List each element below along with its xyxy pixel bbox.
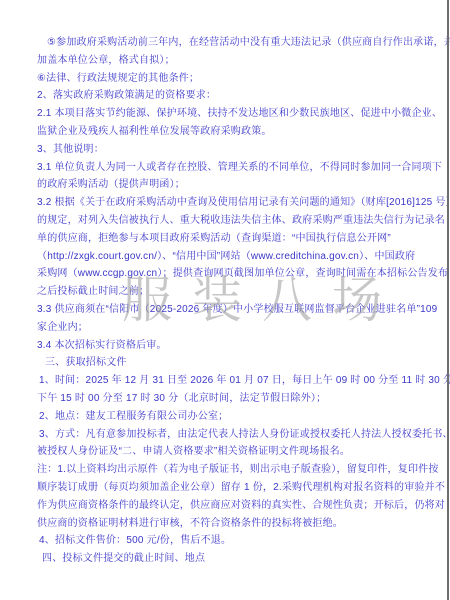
text-line: 被授权人身份证及“二、申请人资格要求”相关资格证明文件现场报名。 <box>37 443 420 461</box>
text-line: 单的供应商，拒绝参与本项目政府采购活动（查询渠道：“中国执行信息公开网” <box>37 230 420 248</box>
text-line: 3.3 供应商须在“信阳市（2025-2026 年度）中小学校服互联网监督平台企… <box>37 301 420 319</box>
text-line: 的规定，对列入失信被执行人、重大税收违法失信主体、政府采购严重违法失信行为记录名 <box>37 212 420 230</box>
text-line: 下午 15 时 00 分至 17 时 30 分（北京时间，法定节假日除外）； <box>37 390 420 408</box>
text-line: 家企业内； <box>37 319 420 337</box>
text-line: 之后投标截止时间之前； <box>37 283 420 301</box>
text-line: 2.1 本项目落实节约能源、保护环境、扶持不发达地区和少数民族地区、促进中小微企… <box>37 105 420 123</box>
text-line: 注：1.以上资料均出示原件（若为电子版证书，则出示电子版查验），留复印件，复印件… <box>37 461 420 479</box>
text-line: 2、落实政府采购政策满足的资格要求： <box>37 87 420 105</box>
text-line: 3.4 本次招标实行资格后审。 <box>37 337 420 355</box>
text-line: 四、投标文件提交的截止时间、地点 <box>37 550 420 568</box>
text-line: 供应商的资格证明材料进行审核，不符合资格条件的投标将被拒绝。 <box>37 515 420 533</box>
text-line: 三、获取招标文件 <box>37 354 420 372</box>
document-body: ⑤参加政府采购活动前三年内，在经营活动中没有重大违法记录（供应商自行作出承诺，并… <box>37 34 420 568</box>
text-line: 3、其他说明： <box>37 141 420 159</box>
text-line: 2、地点：建友工程服务有限公司办公室； <box>37 408 420 426</box>
text-line: 1、时间：2025 年 12 月 31 日至 2026 年 01 月 07 日，… <box>37 372 420 390</box>
text-line: 3.2 根据《关于在政府采购活动中查询及使用信用记录有关问题的通知》（财库[20… <box>37 194 420 212</box>
text-line: ⑤参加政府采购活动前三年内，在经营活动中没有重大违法记录（供应商自行作出承诺，并 <box>37 34 420 52</box>
text-line: 采购网（www.ccgp.gov.cn）；提供查询网页截图加单位公章，查询时间需… <box>37 265 420 283</box>
text-line: 加盖本单位公章，格式自拟）； <box>37 52 420 70</box>
text-line: 监狱企业及残疾人福利性单位发展等政府采购政策。 <box>37 123 420 141</box>
page-right-edge-line <box>447 0 449 600</box>
text-line: 4、招标文件售价：500 元/份，售后不退。 <box>37 532 420 550</box>
text-line: 顺序装订成册（每页均须加盖企业公章）留存 1 份，2.采购代理机构对报名资料的审… <box>37 479 420 497</box>
text-line: 3、方式：凡有意参加投标者，由法定代表人持法人身份证或授权委托人持法人授权委托书… <box>37 426 420 444</box>
text-line: ⑥法律、行政法规规定的其他条件； <box>37 70 420 88</box>
text-line: 的政府采购活动（提供声明函）； <box>37 176 420 194</box>
document-page: ⑤参加政府采购活动前三年内，在经营活动中没有重大违法记录（供应商自行作出承诺，并… <box>0 0 450 600</box>
text-line: 3.1 单位负责人为同一人或者存在控股、管理关系的不同单位，不得同时参加同一合同… <box>37 159 420 177</box>
text-line: 作为供应商资格条件的最终认定，供应商应对资料的真实性、合规性负责；开标后，仍将对 <box>37 497 420 515</box>
text-line: （http://zxgk.court.gov.cn/）、“信用中国”网站（www… <box>37 248 420 266</box>
